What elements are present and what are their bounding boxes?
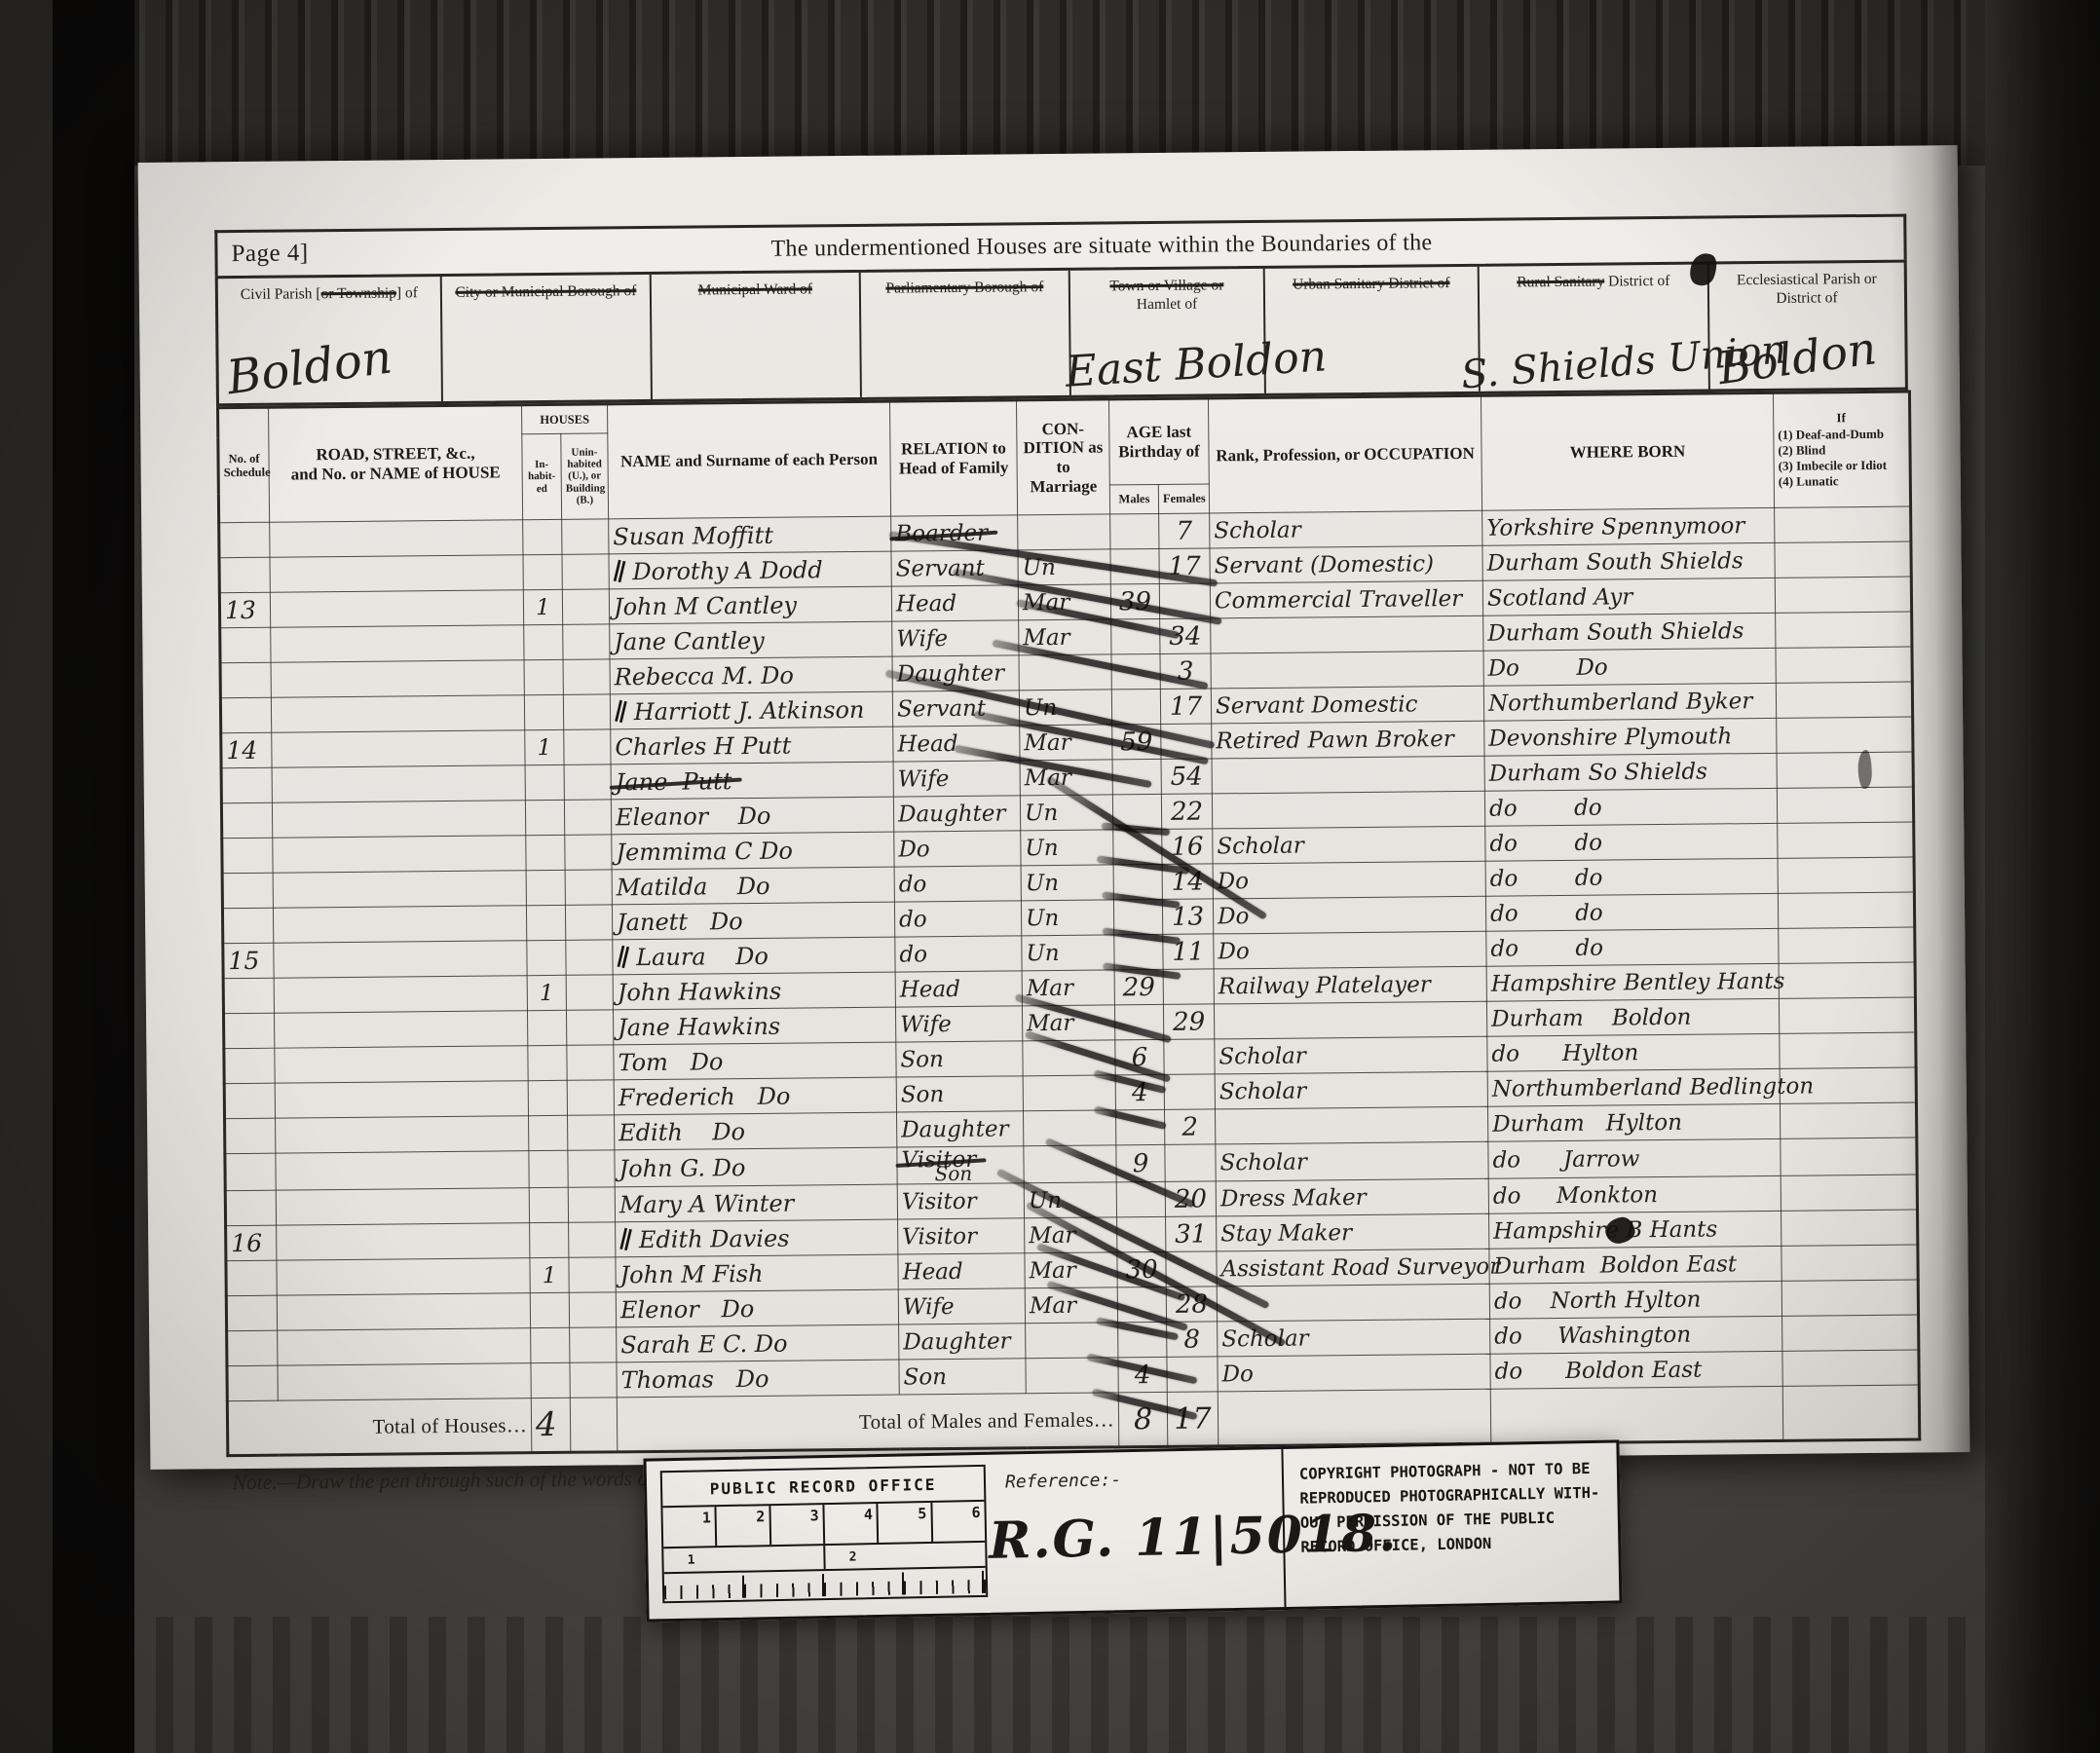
cell-age-males [1115, 1109, 1164, 1144]
cell-inhabited [529, 1187, 568, 1222]
cell-infirmity [1782, 1315, 1919, 1351]
cell-infirmity [1779, 997, 1915, 1033]
cell-inhabited: 1 [525, 729, 564, 765]
cell-name: John G. Do [615, 1147, 897, 1187]
cell-age-males: 30 [1117, 1251, 1166, 1287]
census-page: Page 4] The undermentioned Houses are si… [138, 145, 1970, 1470]
cell-relation: VisitorSon [897, 1146, 1024, 1184]
cell-age-males [1118, 1322, 1167, 1357]
cell-age-males: 39 [1110, 583, 1159, 618]
cell-age-females: 14 [1162, 864, 1213, 899]
cell-occupation: Scholar [1218, 1319, 1490, 1357]
cell-born: Durham Boldon [1486, 998, 1779, 1036]
cell-schedule [227, 1330, 278, 1365]
cell-road [278, 1363, 531, 1400]
district-municipal-ward: Municipal Ward of [650, 273, 860, 399]
cell-relation: Head [895, 971, 1022, 1007]
cell-occupation [1212, 791, 1484, 829]
cell-born: do North Hylton [1489, 1281, 1781, 1319]
cell-born: Durham Hylton [1487, 1103, 1780, 1141]
cell-born: Hampshire B Hants [1489, 1211, 1781, 1249]
cell-uninhabited [570, 1362, 617, 1398]
cell-name: Dorothy A Dodd [609, 551, 891, 589]
cell-schedule: 15 [223, 943, 274, 978]
cell-age-males [1113, 864, 1162, 899]
cell-born: Durham Boldon East [1489, 1246, 1781, 1284]
cell-born: Hampshire Bentley Hants [1486, 963, 1779, 1001]
page-number: Page 4] [217, 239, 445, 268]
cell-relation: Boarder [891, 515, 1018, 551]
cell-age-males [1110, 513, 1159, 548]
district-label-struck: Town or Village or [1109, 277, 1223, 294]
cell-name: Mary A Winter [615, 1184, 897, 1222]
total-mf-label: Total of Males and Females… [617, 1393, 1119, 1452]
cell-name: Susan Moffitt [609, 516, 891, 554]
census-scan-photograph: Page 4] The undermentioned Houses are si… [0, 0, 2100, 1753]
cell-age-males [1111, 689, 1160, 724]
district-parliamentary-borough: Parliamentary Borough of [859, 271, 1069, 397]
col-relation: RELATION to Head of Family [889, 400, 1017, 516]
cell-uninhabited [569, 1257, 616, 1292]
census-rows: Susan MoffittBoarder7ScholarYorkshire Sp… [219, 506, 1920, 1401]
cell-road [274, 976, 527, 1013]
cell-occupation [1215, 1106, 1487, 1144]
cell-infirmity [1775, 577, 1911, 613]
cell-uninhabited [568, 1150, 615, 1187]
ruler-number: 2 [715, 1506, 769, 1546]
cell-condition [1018, 514, 1110, 550]
cell-uninhabited [563, 659, 610, 694]
cell-schedule [221, 767, 272, 802]
cell-age-females: 17 [1160, 689, 1211, 724]
copyright-line: RECORD OFFICE, LONDON [1300, 1530, 1618, 1560]
cell-inhabited [528, 1045, 567, 1080]
cell-born: Devonshire Plymouth [1484, 718, 1777, 756]
cell-age-males [1111, 653, 1160, 689]
cell-inhabited [524, 659, 563, 694]
cell-inhabited [523, 519, 562, 554]
district-label-struck: City or Municipal Borough of [455, 282, 636, 301]
cell-age-males [1114, 1004, 1163, 1039]
col-houses: HOUSES [522, 404, 608, 434]
cell-uninhabited [565, 870, 612, 905]
cell-schedule [225, 1190, 276, 1225]
cell-age-females: 13 [1162, 899, 1213, 934]
cell-uninhabited [564, 765, 611, 800]
cell-relation: Daughter [892, 655, 1019, 691]
cell-infirmity [1779, 962, 1915, 998]
cell-age-females: 29 [1163, 1004, 1214, 1039]
cell-age-females: 54 [1161, 759, 1212, 794]
cell-condition: Mar [1020, 760, 1112, 796]
cell-inhabited [527, 1010, 566, 1045]
cell-infirmity [1776, 647, 1912, 683]
cell-occupation: Scholar [1213, 826, 1485, 864]
cell-infirmity [1781, 1245, 1918, 1281]
cell-relation: Wife [895, 1006, 1022, 1042]
cell-infirmity [1776, 682, 1912, 718]
cell-born: do Boldon East [1490, 1351, 1782, 1389]
cell-schedule [220, 662, 271, 697]
col-uninhabited: Unin-habited (U.), or Building (B.) [561, 433, 609, 519]
cell-born: Durham So Shields [1484, 753, 1777, 791]
cell-name: Jane Cantley [610, 621, 892, 659]
cell-condition: Mar [1018, 584, 1110, 620]
cell-schedule [224, 1048, 275, 1083]
cell-relation: Head [891, 585, 1018, 621]
cell-schedule [221, 802, 272, 838]
ruler-numbers-row: 123456 [662, 1500, 985, 1548]
cell-born: do do [1485, 823, 1778, 861]
ruler-number: 4 [822, 1504, 877, 1544]
cell-age-females: 28 [1166, 1287, 1217, 1322]
cell-uninhabited [568, 1115, 615, 1150]
district-municipal-borough: City or Municipal Borough of [440, 275, 651, 401]
cell-condition [1026, 1358, 1118, 1394]
cell-name: Jane Putt [611, 762, 893, 800]
cell-condition: Mar [1019, 619, 1111, 655]
cell-condition [1023, 1110, 1115, 1146]
cell-born: Durham South Shields [1483, 613, 1776, 651]
cell-age-females: 17 [1159, 548, 1210, 583]
cell-uninhabited [566, 1010, 613, 1045]
census-table-wrapper: No. ofSchedule ROAD, STREET, &c.,and No.… [216, 391, 1918, 1458]
cell-infirmity [1782, 1350, 1919, 1386]
cell-relation: Son [899, 1359, 1026, 1395]
film-border-bottom [0, 1617, 2100, 1753]
ruler-number: 5 [877, 1503, 931, 1543]
cell-age-males [1116, 1181, 1165, 1216]
cell-age-males: 4 [1115, 1074, 1164, 1109]
cell-road [271, 625, 524, 662]
cell-born: Do Do [1483, 648, 1776, 686]
cell-born: do Jarrow [1488, 1138, 1781, 1178]
cell-uninhabited [563, 624, 610, 659]
cell-name: Eleanor Do [611, 797, 893, 835]
cell-uninhabited [562, 554, 609, 589]
cell-age-males [1111, 618, 1160, 653]
cell-condition: Un [1021, 865, 1113, 901]
cell-born: Scotland Ayr [1482, 578, 1775, 615]
cell-infirmity [1781, 1210, 1918, 1246]
cell-road [277, 1293, 530, 1330]
cell-name: Harriott J. Atkinson [610, 691, 892, 729]
cell-occupation: Railway Platelayer [1214, 966, 1486, 1004]
cell-name: Charles H Putt [611, 727, 893, 765]
cell-age-females [1166, 1251, 1217, 1287]
cell-inhabited: 1 [527, 975, 566, 1010]
cell-inhabited [529, 1150, 568, 1187]
cell-schedule [225, 1153, 276, 1190]
cell-schedule [223, 1013, 274, 1048]
cell-inhabited: 1 [530, 1257, 569, 1292]
cell-schedule [220, 697, 271, 732]
cell-uninhabited [565, 835, 612, 870]
col-males: Males [1109, 484, 1158, 513]
cell-age-females: 2 [1164, 1109, 1215, 1144]
cell-age-males [1113, 829, 1162, 864]
cell-age-females [1165, 1144, 1216, 1181]
col-condition: CON-DITION as to Marriage [1016, 399, 1109, 515]
cell-condition [1023, 1040, 1115, 1076]
ruler-number: 6 [930, 1502, 985, 1542]
cell-schedule [219, 522, 270, 557]
cell-road [273, 871, 526, 908]
cell-name: Jemmima C Do [612, 832, 894, 870]
census-table: No. ofSchedule ROAD, STREET, &c.,and No.… [216, 391, 1921, 1458]
cell-born: do do [1485, 858, 1778, 896]
cell-schedule: 13 [219, 592, 270, 627]
cell-uninhabited [570, 1327, 617, 1362]
cell-infirmity [1777, 787, 1913, 823]
cell-condition: Mar [1025, 1252, 1117, 1288]
film-border-left [53, 0, 134, 1753]
cell-born: do Monkton [1488, 1175, 1781, 1213]
cell-age-males [1112, 794, 1161, 829]
cell-inhabited [523, 554, 562, 589]
cell-road [272, 801, 525, 838]
cell-infirmity [1780, 1032, 1916, 1068]
cell-road [273, 906, 526, 943]
cell-road [277, 1223, 530, 1260]
cell-inhabited: 1 [523, 589, 562, 624]
district-civil-parish: Civil Parish [or Township] of Boldon [218, 277, 441, 403]
cell-age-males [1113, 899, 1162, 934]
cell-inhabited [528, 1080, 567, 1115]
cell-inhabited [525, 800, 564, 835]
cell-born: do do [1484, 788, 1777, 826]
cell-inhabited [526, 835, 565, 870]
cell-schedule [220, 627, 271, 662]
cell-relation: Wife [892, 620, 1019, 656]
cell-age-females: 34 [1160, 618, 1211, 653]
cell-name: John Hawkins [613, 972, 895, 1010]
cell-age-females: 7 [1159, 513, 1210, 548]
cell-born: Yorkshire Spennymoor [1482, 507, 1775, 545]
cell-road [272, 765, 525, 802]
cell-condition [1026, 1323, 1118, 1359]
cell-relation: Daughter [896, 1111, 1023, 1147]
cell-occupation: Scholar [1215, 1071, 1487, 1109]
cell-uninhabited [569, 1222, 616, 1257]
cell-name: Janett Do [612, 902, 894, 940]
cell-infirmity [1775, 506, 1911, 542]
total-houses-label: Total of Houses… [227, 1399, 532, 1456]
cell-infirmity [1777, 752, 1913, 788]
col-age: AGE last Birthday of [1108, 398, 1209, 485]
cell-inhabited [526, 870, 565, 905]
cell-age-females [1164, 1039, 1215, 1074]
col-born: WHERE BORN [1481, 392, 1774, 510]
cell-uninhabited [566, 975, 613, 1010]
col-infirmity: If (1) Deaf-and-Dumb (2) Blind (3) Imbec… [1773, 392, 1910, 507]
cell-age-males [1117, 1287, 1166, 1322]
cell-road [271, 695, 524, 732]
cell-occupation: Stay Maker [1217, 1213, 1489, 1251]
cell-age-males [1117, 1216, 1166, 1251]
cell-road [270, 590, 523, 627]
cell-relation: Do [894, 831, 1021, 867]
cell-infirmity [1779, 927, 1915, 963]
cell-schedule [223, 978, 274, 1013]
cell-infirmity [1780, 1102, 1916, 1138]
cell-name: John M Cantley [609, 586, 891, 624]
cell-infirmity [1781, 1280, 1918, 1316]
cell-uninhabited [566, 940, 613, 975]
district-label-struck: Rural Sanitary [1517, 274, 1604, 291]
cell-condition: Un [1021, 830, 1113, 866]
cell-relation: Daughter [899, 1324, 1026, 1360]
cell-age-males: 59 [1112, 724, 1161, 759]
cell-condition: Mar [1022, 970, 1114, 1006]
ruler-tick-marks [664, 1568, 986, 1599]
cell-age-males [1114, 934, 1163, 969]
cell-schedule [222, 873, 273, 908]
cell-road [276, 1151, 529, 1190]
cell-name: Matilda Do [612, 867, 894, 905]
cell-relation: Servant [891, 550, 1018, 586]
district-label-struck: Urban Sanitary District of [1293, 275, 1450, 293]
film-border-top [0, 0, 2100, 166]
total-females-value: 17 [1167, 1392, 1219, 1446]
col-inhabited: In-habit-ed [522, 433, 562, 519]
cell-occupation: Do [1213, 896, 1485, 934]
district-label-struck: or Township [320, 284, 396, 302]
cell-relation: Visitor [897, 1183, 1024, 1219]
cell-uninhabited [569, 1292, 616, 1327]
cell-schedule [222, 838, 273, 873]
col-females: Females [1158, 484, 1209, 513]
cell-occupation: Dress Maker [1216, 1178, 1488, 1216]
cell-condition [1023, 1075, 1115, 1111]
ruler-lower-number: 2 [823, 1543, 985, 1569]
cell-inhabited [531, 1327, 570, 1362]
cell-name: Tom Do [614, 1042, 896, 1080]
cell-uninhabited [567, 1045, 614, 1080]
cell-condition [1019, 654, 1111, 690]
ruler-number: 3 [769, 1505, 823, 1545]
cell-age-females [1167, 1357, 1218, 1392]
cell-age-males: 4 [1118, 1357, 1167, 1392]
ruler-number: 1 [662, 1507, 715, 1547]
cell-uninhabited [565, 905, 612, 940]
cell-relation: do [894, 866, 1021, 902]
film-border-left-edge [0, 0, 53, 1753]
cell-occupation: Do [1214, 931, 1486, 969]
cell-occupation [1211, 651, 1483, 689]
cell-born: do do [1485, 893, 1778, 931]
cell-uninhabited [568, 1187, 615, 1222]
cell-born: do Washington [1490, 1316, 1782, 1354]
cell-schedule: 14 [221, 732, 272, 767]
cell-occupation: Scholar [1216, 1141, 1488, 1181]
cell-inhabited [526, 905, 565, 940]
cell-occupation: Do [1218, 1354, 1490, 1392]
cell-age-females [1161, 724, 1212, 759]
cell-schedule [225, 1118, 276, 1153]
cell-occupation: Retired Pawn Broker [1212, 721, 1484, 759]
cell-condition: Mar [1022, 1005, 1114, 1041]
district-label-struck: Parliamentary Borough of [885, 279, 1043, 297]
cell-name: Thomas Do [617, 1360, 899, 1398]
cell-uninhabited [564, 729, 611, 765]
cell-uninhabited [562, 589, 609, 624]
cell-occupation: Assistant Road Surveyor [1217, 1249, 1489, 1287]
cell-infirmity [1778, 857, 1914, 893]
cell-schedule [226, 1295, 277, 1330]
cell-occupation: Do [1213, 861, 1485, 899]
cell-relation: Son [896, 1076, 1023, 1112]
cell-age-males: 6 [1115, 1039, 1164, 1074]
cell-relation: Wife [893, 761, 1020, 797]
cell-name: Sarah E C. Do [617, 1324, 899, 1362]
cell-condition: Mar [1025, 1217, 1117, 1253]
cell-infirmity [1775, 541, 1911, 578]
cell-age-females [1159, 583, 1210, 618]
cell-occupation: Scholar [1215, 1036, 1487, 1074]
col-name: NAME and Surname of each Person [608, 401, 891, 519]
district-rural-sanitary: Rural Sanitary District of S. Shields Un… [1478, 265, 1708, 392]
district-town-village: Town or Village orHamlet of East Boldon [1069, 269, 1264, 395]
cell-relation: do [895, 936, 1022, 972]
cell-uninhabited [567, 1080, 614, 1115]
cell-inhabited [530, 1222, 569, 1257]
cell-inhabited [524, 694, 563, 729]
cell-road [272, 730, 525, 767]
cell-infirmity [1781, 1175, 1917, 1211]
cell-born: do do [1486, 928, 1779, 966]
cell-age-females: 11 [1163, 934, 1214, 969]
district-band: Civil Parish [or Township] of Boldon Cit… [215, 260, 1908, 407]
cell-born: Northumberland Byker [1483, 683, 1776, 721]
cell-born: Northumberland Bedlington [1487, 1068, 1780, 1106]
district-label-struck: Municipal Ward of [698, 280, 812, 298]
ruler-lower-number: 1 [663, 1546, 823, 1572]
cell-occupation: Commercial Traveller [1210, 580, 1482, 618]
cell-condition: Un [1021, 900, 1113, 936]
cell-name: John M Fish [616, 1254, 898, 1292]
cell-inhabited [529, 1115, 568, 1150]
district-ecclesiastical: Ecclesiastical Parish or District of Bol… [1707, 263, 1905, 390]
cell-age-females: 22 [1161, 794, 1212, 829]
cell-road [273, 836, 526, 873]
pro-reference-card: PUBLIC RECORD OFFICE 123456 12 Reference… [643, 1439, 1622, 1622]
cell-road [270, 555, 523, 592]
cell-age-females [1164, 1074, 1215, 1109]
cell-name: Edith Davies [616, 1219, 898, 1257]
copyright-notice: COPYRIGHT PHOTOGRAPH - NOT TO BE REPRODU… [1281, 1442, 1619, 1607]
cell-condition: Mar [1025, 1287, 1117, 1324]
column-headers: No. ofSchedule ROAD, STREET, &c.,and No.… [218, 392, 1911, 523]
district-label: Civil Parish [ [241, 285, 321, 303]
cell-age-males [1110, 548, 1159, 583]
cell-occupation [1212, 756, 1484, 794]
cell-age-females: 16 [1162, 829, 1213, 864]
cell-name: Rebecca M. Do [610, 656, 892, 694]
cell-inhabited [527, 940, 566, 975]
cell-schedule [219, 557, 270, 592]
col-schedule: No. ofSchedule [218, 407, 270, 522]
cell-infirmity [1778, 822, 1914, 858]
ink-stain [1857, 750, 1871, 789]
cell-age-females: 8 [1167, 1322, 1218, 1357]
cell-name: Frederich Do [614, 1077, 896, 1115]
cell-road [275, 1081, 528, 1118]
cell-condition: Un [1018, 549, 1110, 585]
cell-road [275, 1046, 528, 1083]
cell-schedule [226, 1260, 277, 1295]
cell-relation: Visitor [898, 1218, 1025, 1254]
